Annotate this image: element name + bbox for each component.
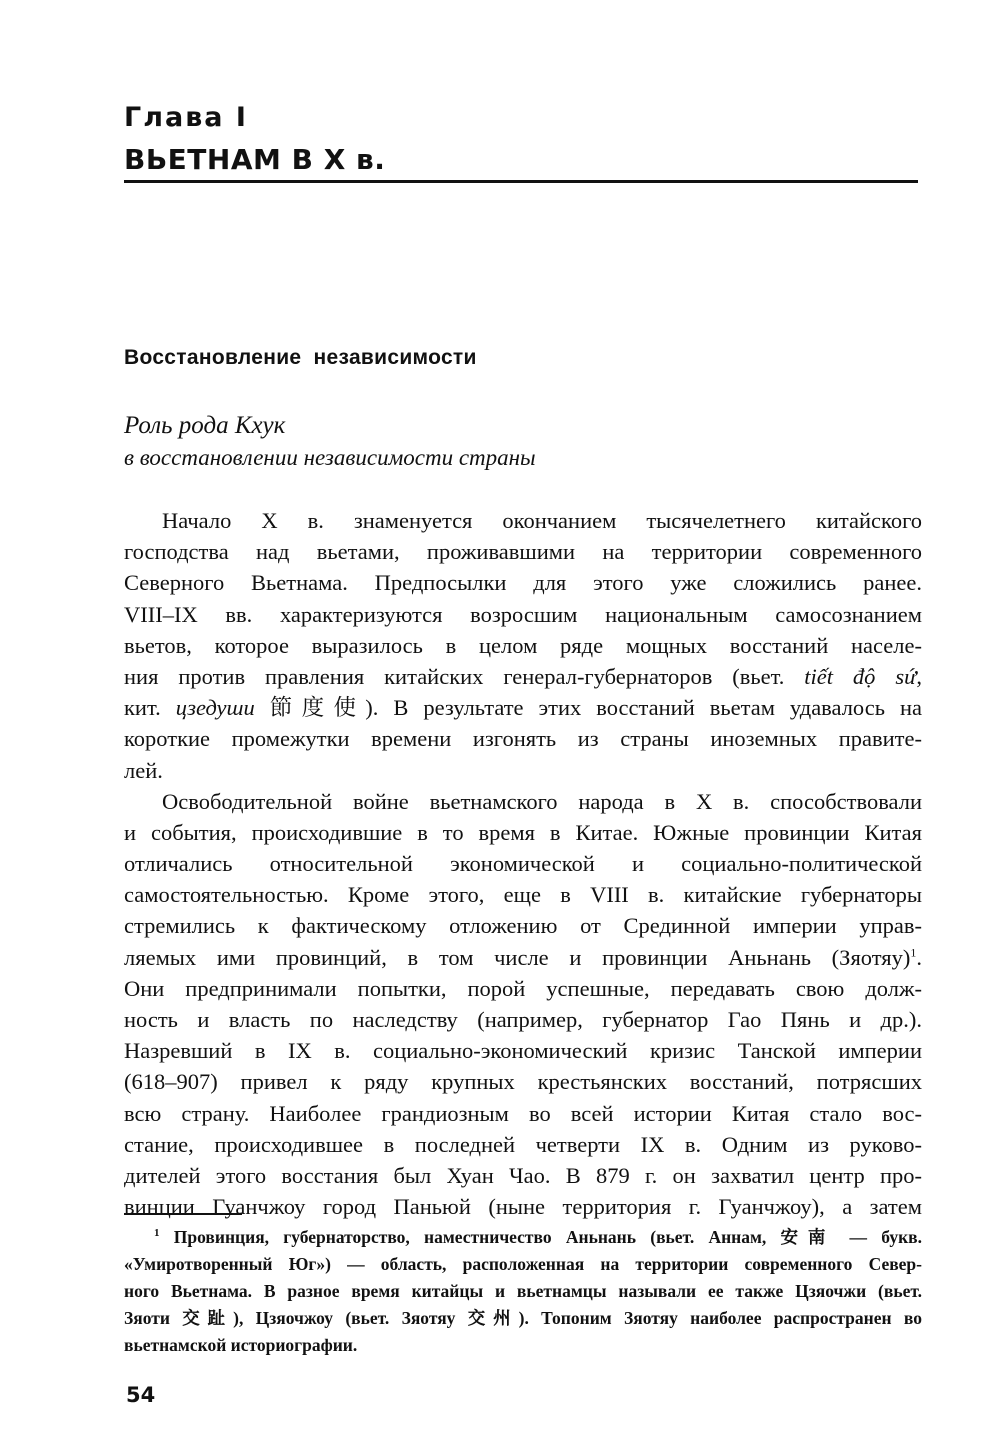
body-line: Северного Вьетнама. Предпосылки для этог… (124, 567, 922, 598)
body-text-run: ния против правления китайских генерал-г… (124, 664, 804, 689)
page-number: 54 (126, 1383, 155, 1407)
body-line: кит. цзедуши 節度使). В результате этих вос… (124, 692, 922, 723)
body-text: Начало X в. знаменуется окончанием тысяч… (124, 505, 922, 1222)
footnote-line: вьетнамской историографии. (124, 1332, 922, 1359)
subheading-line-2: в восстановлении независимости страны (124, 445, 536, 471)
footnote-line: Зяоти 交趾), Цзяочжоу (вьет. Зяотяу 交州). Т… (124, 1305, 922, 1332)
body-line: дителей этого восстания был Хуан Чао. В … (124, 1160, 922, 1191)
body-text-run: . (916, 945, 922, 970)
footnote-line: ного Вьетнама. В разное время китайцы и … (124, 1278, 922, 1305)
body-line: ния против правления китайских генерал-г… (124, 661, 922, 692)
body-line: господства над вьетами, проживавшими на … (124, 536, 922, 567)
footnote-marker: 1 (154, 1227, 160, 1239)
body-line: вьетов, которое выразилось в целом ряде … (124, 630, 922, 661)
vietnamese-term: tiết độ sứ (804, 664, 916, 689)
body-line: Начало X в. знаменуется окончанием тысяч… (124, 505, 922, 536)
body-line: Они предпринимали попытки, порой успешны… (124, 973, 922, 1004)
chinese-term-transliteration: цзедуши (176, 695, 255, 720)
body-line: стание, происходившее в последней четвер… (124, 1129, 922, 1160)
body-line: и события, происходившие в то время в Ки… (124, 817, 922, 848)
subheading-line-1: Роль рода Кхук (124, 412, 285, 440)
body-text-run: , (916, 664, 922, 689)
body-text-run: ляемых ими провинций, в том числе и пров… (124, 945, 910, 970)
body-text-run: 節度使). В результате этих восстаний вьетам… (255, 695, 922, 720)
body-line: отличались относительной экономической и… (124, 848, 922, 879)
chapter-label: Глава I (124, 102, 248, 133)
body-line: винции Гуанчжоу город Паньюй (ныне терри… (124, 1191, 922, 1222)
body-line: ляемых ими провинций, в том числе и пров… (124, 942, 922, 973)
section-heading: Восстановление независимости (124, 346, 477, 370)
body-line: Назревший в IX в. социально-экономически… (124, 1035, 922, 1066)
chapter-divider (124, 180, 918, 183)
body-text-run: кит. (124, 695, 176, 720)
body-line: всю страну. Наиболее грандиозным во всей… (124, 1098, 922, 1129)
book-page: Глава I ВЬЕТНАМ В X в. Восстановление не… (0, 0, 1000, 1448)
footnotes: 1 Провинция, губернаторство, наместничес… (124, 1224, 922, 1359)
body-line: VIII–IX вв. характеризуются возросшим на… (124, 599, 922, 630)
body-line: лей. (124, 755, 922, 786)
body-line: Освободительной войне вьетнамского народ… (124, 786, 922, 817)
footnote-divider (124, 1213, 242, 1215)
body-line: самостоятельностью. Кроме этого, еще в V… (124, 879, 922, 910)
footnote-line: 1 Провинция, губернаторство, наместничес… (124, 1224, 922, 1251)
footnote-text: Провинция, губернаторство, наместничеств… (174, 1227, 922, 1247)
footnote-line: «Умиротворенный Юг») — область, располож… (124, 1251, 922, 1278)
body-line: стремились к фактическому отложению от С… (124, 910, 922, 941)
chapter-title: ВЬЕТНАМ В X в. (124, 143, 385, 176)
body-line: (618–907) привел к ряду крупных крестьян… (124, 1066, 922, 1097)
body-line: ность и власть по наследству (например, … (124, 1004, 922, 1035)
body-line: короткие промежутки времени изгонять из … (124, 723, 922, 754)
